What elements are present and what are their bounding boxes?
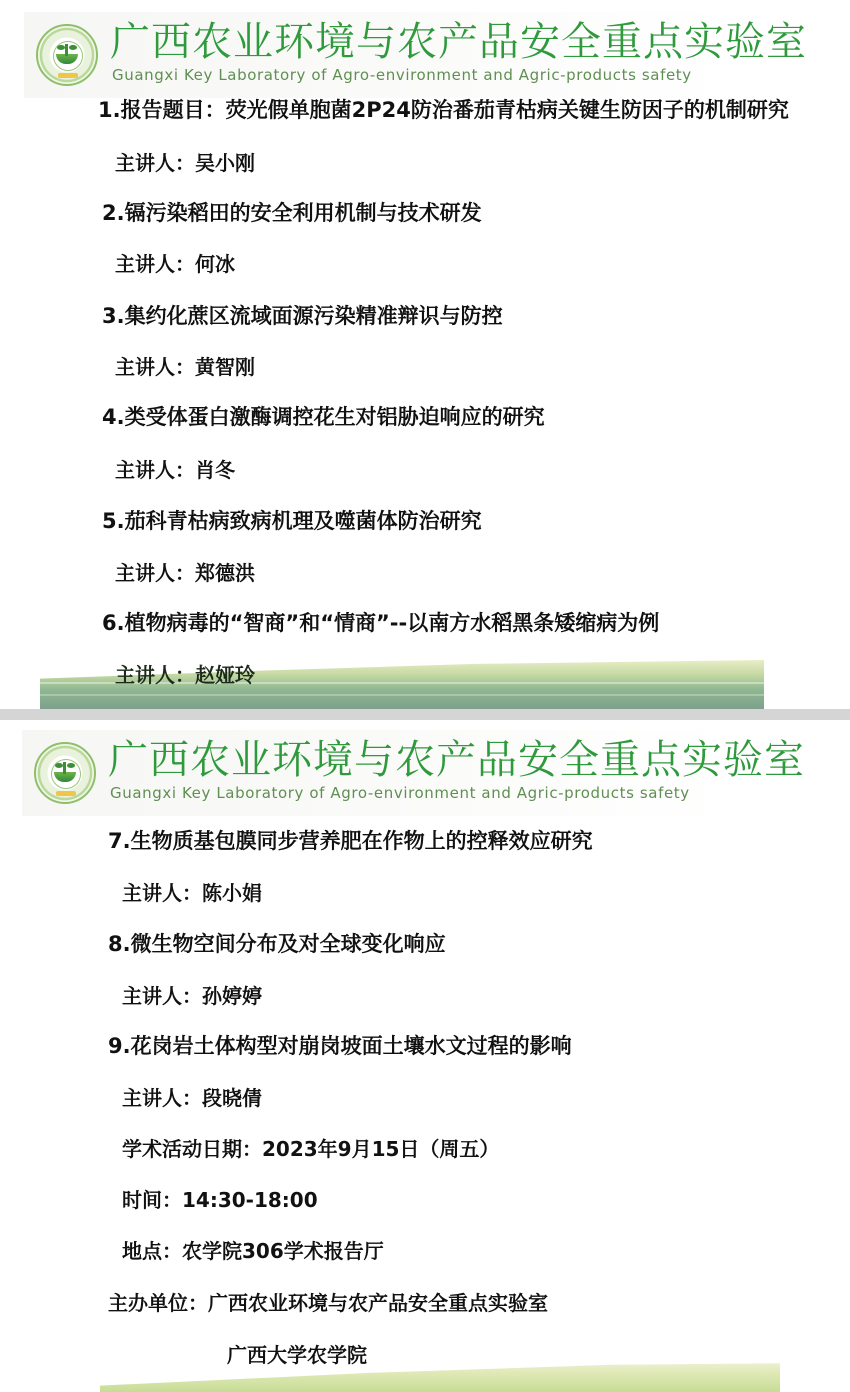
event-date: 学术活动日期：2023年9月15日（周五） [122,1136,499,1162]
laboratory-seal-logo-icon [36,24,98,86]
lab-name-en: Guangxi Key Laboratory of Agro-environme… [112,66,692,84]
talk-5-speaker: 主讲人：郑德洪 [115,560,255,586]
poster-slide-1: 广西农业环境与农产品安全重点实验室 Guangxi Key Laboratory… [0,0,850,710]
lab-name-cn: 广西农业环境与农产品安全重点实验室 [108,736,805,784]
talk-9-speaker: 主讲人：段晓倩 [122,1085,262,1111]
lab-name-en: Guangxi Key Laboratory of Agro-environme… [110,784,690,802]
talk-8-title: 8.微生物空间分布及对全球变化响应 [108,931,446,957]
talk-1-title: 1.报告题目：荧光假单胞菌2P24防治番茄青枯病关键生防因子的机制研究 [98,97,789,123]
talk-7-title: 7.生物质基包膜同步营养肥在作物上的控释效应研究 [108,828,593,854]
poster-slide-2: 广西农业环境与农产品安全重点实验室 Guangxi Key Laboratory… [0,720,850,1392]
event-host: 主办单位：广西农业环境与农产品安全重点实验室 [108,1290,548,1316]
slide-separator [0,709,850,720]
lab-banner: 广西农业环境与农产品安全重点实验室 Guangxi Key Laboratory… [22,730,730,816]
talk-1-speaker: 主讲人：吴小刚 [115,150,255,176]
talk-3-speaker: 主讲人：黄智刚 [115,354,255,380]
talk-9-title: 9.花岗岩土体构型对崩岗坡面土壤水文过程的影响 [108,1033,572,1059]
talk-4-title: 4.类受体蛋白激酶调控花生对铝胁迫响应的研究 [102,404,545,430]
talk-4-speaker: 主讲人：肖冬 [115,457,235,483]
lab-banner: 广西农业环境与农产品安全重点实验室 Guangxi Key Laboratory… [24,12,732,98]
talk-6-speaker: 主讲人：赵娅玲 [115,662,255,688]
laboratory-seal-logo-icon [34,742,96,804]
event-time: 时间：14:30-18:00 [122,1187,318,1213]
talk-2-speaker: 主讲人：何冰 [115,251,235,277]
lab-name-cn: 广西农业环境与农产品安全重点实验室 [110,18,807,66]
talk-5-title: 5.茄科青枯病致病机理及噬菌体防治研究 [102,508,482,534]
talk-2-title: 2.镉污染稻田的安全利用机制与技术研发 [102,200,482,226]
talk-6-title: 6.植物病毒的“智商”和“情商”--以南方水稻黑条矮缩病为例 [102,610,659,636]
green-hills-decoration [100,1360,780,1392]
talk-3-title: 3.集约化蔗区流域面源污染精准辩识与防控 [102,303,503,329]
talk-7-speaker: 主讲人：陈小娟 [122,880,262,906]
talk-8-speaker: 主讲人：孙婷婷 [122,983,262,1009]
event-venue: 地点：农学院306学术报告厅 [122,1238,384,1264]
